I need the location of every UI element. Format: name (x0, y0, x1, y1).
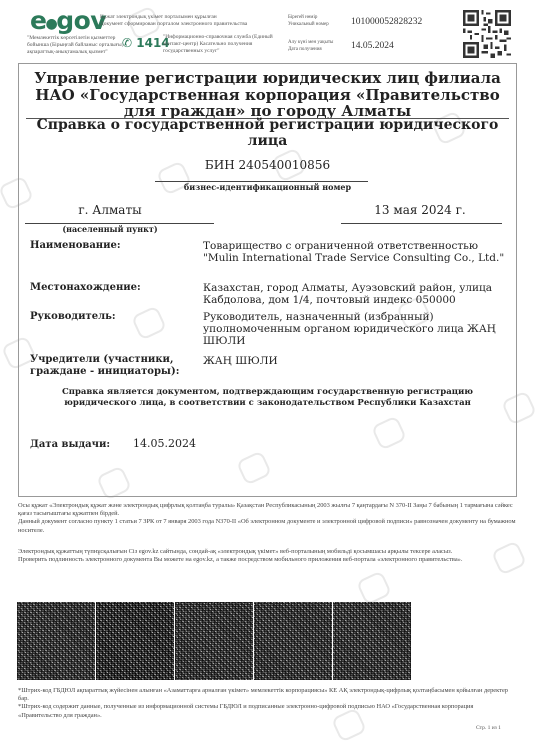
contact-center-note-kz: "Мемлекеттік көрсетілетін қызметтер бойы… (27, 35, 127, 56)
page-number: Стр. 1 из 1 (476, 725, 501, 731)
footnote-ru: *Штрих-код содержит данные, полученные и… (18, 703, 518, 719)
legal-paragraph-1: Осы құжат «Электрондық құжат және электр… (18, 502, 518, 535)
contact-center-note-ru: "Информационно-справочная служба (Единый… (163, 34, 283, 55)
barcode-2 (96, 602, 174, 680)
verify-text-ru: Проверить подлинность электронного докум… (18, 556, 518, 564)
issue-date-label: Дата выдачи: (30, 439, 110, 450)
document-title: Справка о государственной регистрации юр… (18, 117, 517, 149)
barcode-footnote: *Штрих-код ГБДЮЛ ақпараттық жүйесінен ал… (18, 687, 518, 720)
logo-suffix: gov (56, 6, 106, 35)
barcode-strip (17, 602, 411, 680)
issuing-organization: Управление регистрации юридических лиц ф… (18, 70, 517, 120)
legal-text-kz: Осы құжат «Электрондық құжат және электр… (18, 502, 518, 518)
bin-number: БИН 240540010856 (18, 158, 517, 172)
egov-logo: e●gov (30, 8, 106, 37)
unique-number: 101000052828232 (351, 17, 422, 27)
barcode-3 (175, 602, 253, 680)
unique-number-label-ru: Уникальный номер (288, 22, 329, 29)
qr-code-icon (463, 10, 511, 58)
portal-text: Құжат электрондық үкімет порталымен құры… (100, 14, 280, 28)
city: г. Алматы (25, 203, 195, 217)
certificate-note-text: Справка является документом, подтверждаю… (48, 387, 488, 409)
barcode-4 (254, 602, 332, 680)
issue-date: 14.05.2024 (133, 437, 196, 450)
name-label: Наименование: (30, 240, 121, 252)
portal-text-kz: Құжат электрондық үкімет порталымен құры… (100, 14, 280, 21)
legal-text-ru: Данный документ согласно пункту 1 статьи… (18, 518, 518, 534)
logo-prefix: e (30, 6, 46, 35)
city-label: (населенный пункт) (25, 224, 195, 234)
unique-number-label: Бірегей нөмір Уникальный номер (288, 15, 329, 28)
founders-label: Учредители (участники, граждане - инициа… (30, 354, 180, 378)
footnote-kz: *Штрих-код ГБДЮЛ ақпараттық жүйесінен ал… (18, 687, 518, 703)
date-received-label: Алу күні мен уақыты Дата получения (288, 40, 333, 53)
date-received-label-kz: Алу күні мен уақыты (288, 40, 333, 47)
barcode-1 (17, 602, 95, 680)
location-label: Местонахождение: (30, 282, 141, 294)
date-underline (341, 223, 502, 224)
legal-paragraph-2: Электрондық құжаттың түпнұсқалығын Сіз e… (18, 548, 518, 564)
location-value: Казахстан, город Алматы, Ауэзовский райо… (203, 282, 508, 306)
name-value: Товарищество с ограниченной ответственно… (203, 240, 508, 264)
watermark-icon (356, 570, 392, 605)
certificate-note: Справка является документом, подтверждаю… (18, 387, 517, 409)
date-received: 14.05.2024 (351, 41, 394, 51)
founders-value: ЖАҢ ШЮЛИ (203, 355, 508, 367)
date-received-label-ru: Дата получения (288, 47, 333, 54)
director-label: Руководитель: (30, 311, 116, 323)
phone-icon: ✆ (122, 36, 132, 50)
verify-text-kz: Электрондық құжаттың түпнұсқалығын Сіз e… (18, 548, 518, 556)
bin-label: бизнес-идентификационный номер (18, 182, 517, 192)
director-value: Руководитель, назначенный (избранный) уп… (203, 311, 508, 347)
certificate-date: 13 мая 2024 г. (340, 203, 500, 217)
portal-text-ru: Документ сформирован порталом электронно… (100, 21, 280, 28)
barcode-5 (333, 602, 411, 680)
